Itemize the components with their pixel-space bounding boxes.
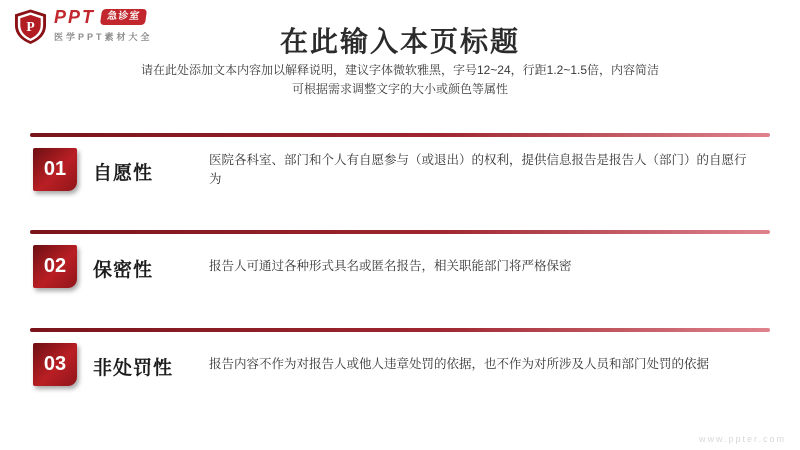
row-body: 02 保密性 报告人可通过各种形式具名或匿名报告，相关职能部门将严格保密: [30, 245, 770, 288]
intro-paragraph: 请在此处添加文本内容加以解释说明，建议字体微软雅黑，字号12~24，行距1.2~…: [0, 61, 800, 99]
row-number-badge: 03: [33, 343, 77, 386]
row-number-badge: 02: [33, 245, 77, 288]
intro-line-2: 可根据需求调整文字的大小或颜色等属性: [0, 80, 800, 99]
row-label: 自愿性: [93, 148, 209, 185]
row-number-badge: 01: [33, 148, 77, 191]
row-label: 非处罚性: [93, 343, 209, 380]
principle-row-3: 03 非处罚性 报告内容不作为对报告人或他人违章处罚的依据，也不作为对所涉及人员…: [30, 328, 770, 386]
row-divider: [30, 133, 770, 137]
slide: P PPT 急诊室 医学PPT素材大全 在此输入本页标题 请在此处添加文本内容加…: [0, 0, 800, 450]
row-body: 01 自愿性 医院各科室、部门和个人有自愿参与（或退出）的权利，提供信息报告是报…: [30, 148, 770, 191]
row-description: 医院各科室、部门和个人有自愿参与（或退出）的权利，提供信息报告是报告人（部门）的…: [209, 148, 767, 190]
intro-line-1: 请在此处添加文本内容加以解释说明，建议字体微软雅黑，字号12~24，行距1.2~…: [0, 61, 800, 80]
row-divider: [30, 230, 770, 234]
row-description: 报告人可通过各种形式具名或匿名报告，相关职能部门将严格保密: [209, 245, 767, 276]
watermark: www.ppter.com: [699, 434, 786, 444]
row-body: 03 非处罚性 报告内容不作为对报告人或他人违章处罚的依据，也不作为对所涉及人员…: [30, 343, 770, 386]
row-divider: [30, 328, 770, 332]
page-title: 在此输入本页标题: [0, 20, 800, 60]
row-label: 保密性: [93, 245, 209, 282]
row-description: 报告内容不作为对报告人或他人违章处罚的依据，也不作为对所涉及人员和部门处罚的依据: [209, 343, 767, 374]
principle-row-1: 01 自愿性 医院各科室、部门和个人有自愿参与（或退出）的权利，提供信息报告是报…: [30, 133, 770, 191]
principle-row-2: 02 保密性 报告人可通过各种形式具名或匿名报告，相关职能部门将严格保密: [30, 230, 770, 288]
